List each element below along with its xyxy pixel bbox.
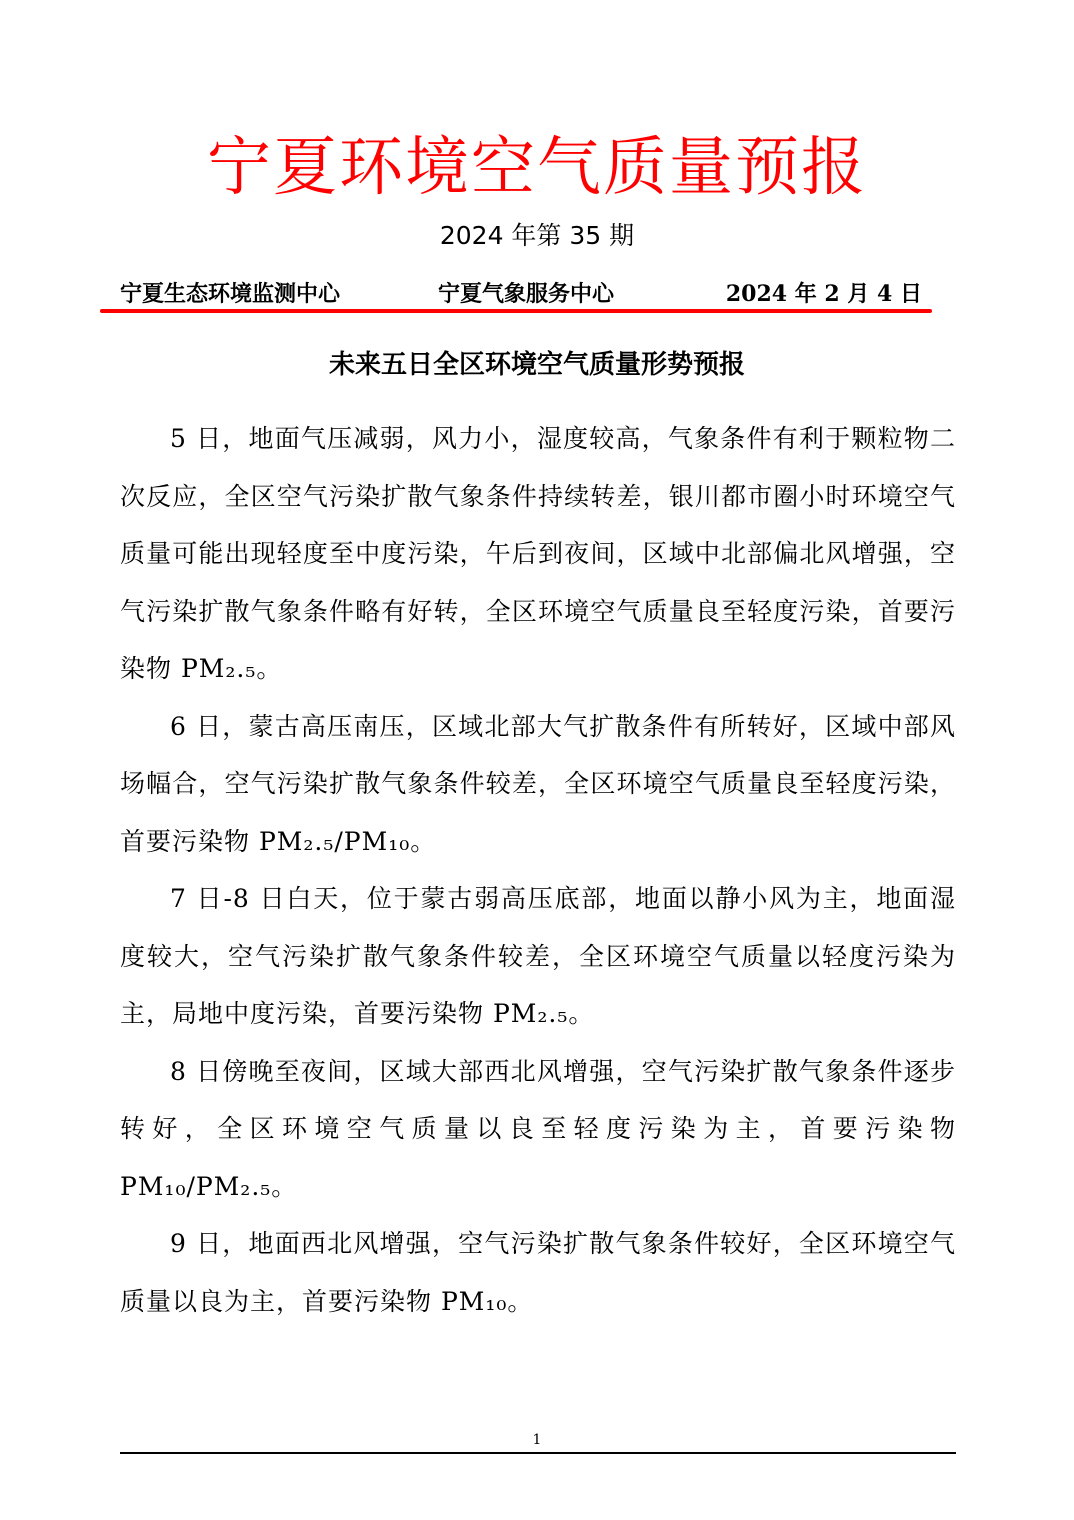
forecast-paragraph-day8-evening: 8 日傍晚至夜间，区域大部西北风增强，空气污染扩散气象条件逐步转好，全区环境空气… [120, 1043, 956, 1216]
publish-date: 2024 年 2 月 4 日 [726, 276, 922, 312]
forecast-paragraph-day6: 6 日，蒙古高压南压，区域北部大气扩散条件有所转好，区域中部风场幅合，空气污染扩… [120, 698, 956, 871]
forecast-paragraph-day9: 9 日，地面西北风增强，空气污染扩散气象条件较好，全区环境空气质量以良为主，首要… [120, 1215, 956, 1330]
publisher-row: 宁夏生态环境监测中心 宁夏气象服务中心 2024 年 2 月 4 日 [120, 276, 932, 312]
primary-pollutant: PM₂.₅。 [181, 654, 282, 683]
masthead-title: 宁夏环境空气质量预报 [0, 128, 1074, 208]
forecast-body: 5 日，地面气压减弱，风力小，湿度较高，气象条件有利于颗粒物二次反应，全区空气污… [120, 410, 956, 1330]
publisher-meteorological-center: 宁夏气象服务中心 [438, 276, 614, 312]
document-page: 宁夏环境空气质量预报 2024 年第 35 期 宁夏生态环境监测中心 宁夏气象服… [0, 0, 1074, 1520]
paragraph-text: 6 日，蒙古高压南压，区域北部大气扩散条件有所转好，区域中部风场幅合，空气污染扩… [120, 712, 956, 856]
publisher-monitoring-center: 宁夏生态环境监测中心 [120, 276, 340, 312]
primary-pollutant: PM₂.₅。 [493, 999, 594, 1028]
forecast-paragraph-day7-8: 7 日-8 日白天，位于蒙古弱高压底部，地面以静小风为主，地面湿度较大，空气污染… [120, 870, 956, 1043]
forecast-paragraph-day5: 5 日，地面气压减弱，风力小，湿度较高，气象条件有利于颗粒物二次反应，全区空气污… [120, 410, 956, 698]
primary-pollutant: PM₁₀/PM₂.₅。 [120, 1172, 297, 1201]
paragraph-text: 5 日，地面气压减弱，风力小，湿度较高，气象条件有利于颗粒物二次反应，全区空气污… [120, 424, 956, 683]
footer-divider [120, 1452, 956, 1454]
red-divider [100, 309, 932, 313]
section-title: 未来五日全区环境空气质量形势预报 [0, 345, 1074, 385]
issue-number: 2024 年第 35 期 [0, 218, 1074, 254]
primary-pollutant: PM₂.₅/PM₁₀。 [259, 827, 436, 856]
paragraph-text: 9 日，地面西北风增强，空气污染扩散气象条件较好，全区环境空气质量以良为主，首要… [120, 1229, 956, 1316]
page-number: 1 [0, 1432, 1074, 1448]
paragraph-text: 8 日傍晚至夜间，区域大部西北风增强，空气污染扩散气象条件逐步转好，全区环境空气… [120, 1057, 956, 1144]
primary-pollutant: PM₁₀。 [441, 1287, 533, 1316]
